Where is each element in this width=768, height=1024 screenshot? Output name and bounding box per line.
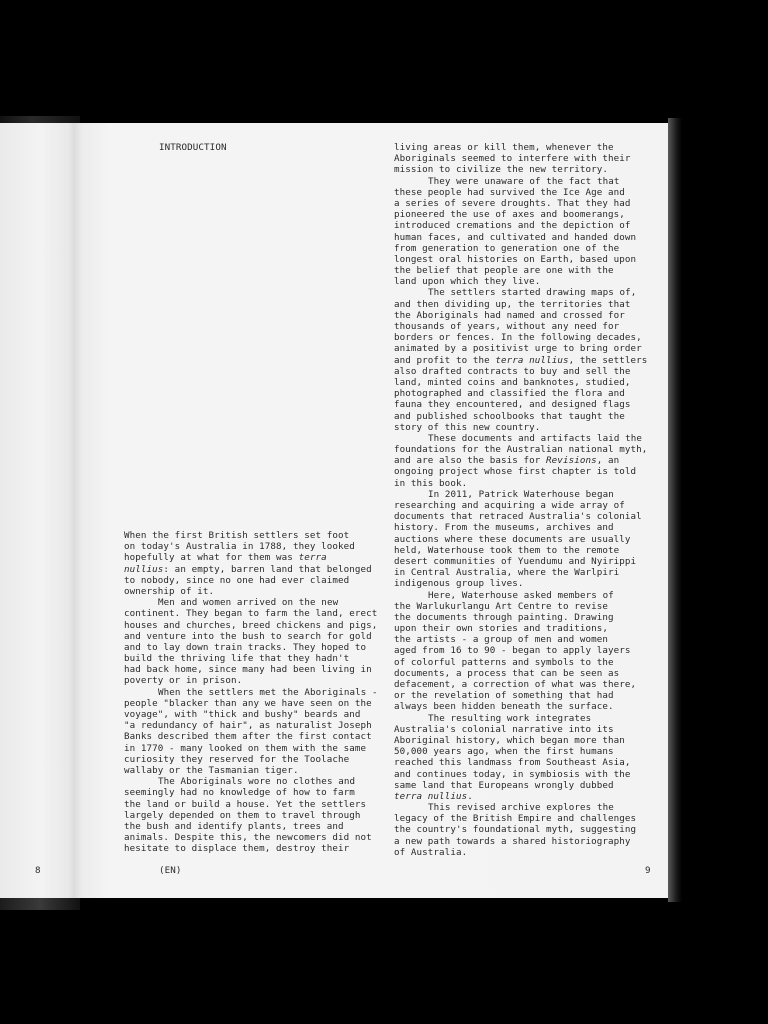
text-line: the country's foundational myth, suggest… (394, 824, 647, 835)
text-line: always been hidden beneath the surface. (394, 701, 647, 712)
text-line: the Warlukurlangu Art Centre to revise (394, 601, 647, 612)
text-line: voyage", with "thick and bushy" beards a… (124, 709, 378, 720)
text-line: curiosity they reserved for the Toolache (124, 754, 378, 765)
page-number-left: 8 (35, 865, 41, 876)
book-cover-edge-bottom (0, 898, 80, 910)
left-page-body-text: When the first British settlers set foot… (124, 530, 378, 854)
language-label: (EN) (159, 865, 182, 876)
text-line: and published schoolbooks that taught th… (394, 411, 647, 422)
text-line: and venture into the bush to search for … (124, 631, 378, 642)
text-line: Banks described them after the first con… (124, 731, 378, 742)
text-line: in 1770 - many looked on them with the s… (124, 743, 378, 754)
text-line: "a redundancy of hair", as naturalist Jo… (124, 720, 378, 731)
text-line: history. From the museums, archives and (394, 522, 647, 533)
text-line: mission to civilize the new territory. (394, 164, 647, 175)
text-line: and are also the basis for Revisions, an (394, 455, 647, 466)
text-line: fauna they encountered, and designed fla… (394, 399, 647, 410)
text-line: hesitate to displace them, destroy their (124, 843, 378, 854)
text-line: documents, a process that can be seen as (394, 668, 647, 679)
text-line: and to lay down train tracks. They hoped… (124, 642, 378, 653)
text-line: photographed and classified the flora an… (394, 388, 647, 399)
text-line: also drafted contracts to buy and sell t… (394, 366, 647, 377)
text-line: borders or fences. In the following deca… (394, 332, 647, 343)
text-line: largely depended on them to travel throu… (124, 810, 378, 821)
text-line: legacy of the British Empire and challen… (394, 813, 647, 824)
text-line: upon their own stories and traditions, (394, 623, 647, 634)
text-line: land upon which they live. (394, 276, 647, 287)
text-line: desert communities of Yuendumu and Nyiri… (394, 556, 647, 567)
text-line: The settlers started drawing maps of, (394, 287, 647, 298)
text-line: the belief that people are one with the (394, 265, 647, 276)
text-line: animated by a positivist urge to bring o… (394, 343, 647, 354)
text-line: a series of severe droughts. That they h… (394, 198, 647, 209)
text-line: continent. They began to farm the land, … (124, 608, 378, 619)
text-line: to nobody, since no one had ever claimed (124, 575, 378, 586)
page-number-right: 9 (645, 865, 651, 876)
text-line: Aboriginals seemed to interfere with the… (394, 153, 647, 164)
text-line: documents that retraced Australia's colo… (394, 511, 647, 522)
text-line: same land that Europeans wrongly dubbed (394, 780, 647, 791)
text-line: and then dividing up, the territories th… (394, 299, 647, 310)
text-line: or the revelation of something that had (394, 690, 647, 701)
text-line: This revised archive explores the (394, 802, 647, 813)
text-line: When the settlers met the Aboriginals - (124, 687, 378, 698)
text-line: Australia's colonial narrative into its (394, 724, 647, 735)
book-cover-edge-top (0, 116, 80, 123)
text-line: hopefully at what for them was terra (124, 552, 378, 563)
section-title: INTRODUCTION (159, 142, 227, 153)
text-line: reached this landmass from Southeast Asi… (394, 757, 647, 768)
text-line: When the first British settlers set foot (124, 530, 378, 541)
text-line: people "blacker than any we have seen on… (124, 698, 378, 709)
text-line: pioneered the use of axes and boomerangs… (394, 209, 647, 220)
text-line: aged from 16 to 90 - began to apply laye… (394, 645, 647, 656)
text-line: the Aboriginals had named and crossed fo… (394, 310, 647, 321)
text-line: longest oral histories on Earth, based u… (394, 254, 647, 265)
right-page-body-text: living areas or kill them, whenever theA… (394, 142, 647, 858)
text-line: indigenous group lives. (394, 578, 647, 589)
text-line: ongoing project whose first chapter is t… (394, 466, 647, 477)
text-line: human faces, and cultivated and handed d… (394, 232, 647, 243)
text-line: had back home, since many had been livin… (124, 664, 378, 675)
page-edge-shadow (668, 118, 682, 902)
text-line: these people had survived the Ice Age an… (394, 187, 647, 198)
text-line: and continues today, in symbiosis with t… (394, 769, 647, 780)
text-line: and profit to the terra nullius, the set… (394, 355, 647, 366)
text-line: animals. Despite this, the newcomers did… (124, 832, 378, 843)
text-line: in this book. (394, 478, 647, 489)
text-line: a new path towards a shared historiograp… (394, 836, 647, 847)
text-line: land, minted coins and banknotes, studie… (394, 377, 647, 388)
text-line: the land or build a house. Yet the settl… (124, 799, 378, 810)
text-line: of Australia. (394, 847, 647, 858)
text-line: wallaby or the Tasmanian tiger. (124, 765, 378, 776)
text-line: terra nullius. (394, 791, 647, 802)
text-line: 50,000 years ago, when the first humans (394, 746, 647, 757)
text-line: story of this new country. (394, 422, 647, 433)
text-line: held, Waterhouse took them to the remote (394, 545, 647, 556)
text-line: researching and acquiring a wide array o… (394, 500, 647, 511)
text-line: These documents and artifacts laid the (394, 433, 647, 444)
text-line: from generation to generation one of the (394, 243, 647, 254)
text-line: the bush and identify plants, trees and (124, 821, 378, 832)
text-line: auctions where these documents are usual… (394, 534, 647, 545)
text-line: poverty or in prison. (124, 675, 378, 686)
text-line: ownership of it. (124, 586, 378, 597)
text-line: The Aboriginals wore no clothes and (124, 776, 378, 787)
text-line: houses and churches, breed chickens and … (124, 620, 378, 631)
text-line: living areas or kill them, whenever the (394, 142, 647, 153)
text-line: Here, Waterhouse asked members of (394, 590, 647, 601)
text-line: introduced cremations and the depiction … (394, 220, 647, 231)
text-line: Men and women arrived on the new (124, 597, 378, 608)
text-line: Aboriginal history, which began more tha… (394, 735, 647, 746)
text-line: defacement, a correction of what was the… (394, 679, 647, 690)
text-line: the documents through painting. Drawing (394, 612, 647, 623)
text-line: thousands of years, without any need for (394, 321, 647, 332)
text-line: They were unaware of the fact that (394, 176, 647, 187)
text-line: on today's Australia in 1788, they looke… (124, 541, 378, 552)
text-line: seemingly had no knowledge of how to far… (124, 787, 378, 798)
text-line: In 2011, Patrick Waterhouse began (394, 489, 647, 500)
text-line: in Central Australia, where the Warlpiri (394, 567, 647, 578)
text-line: of colorful patterns and symbols to the (394, 657, 647, 668)
text-line: foundations for the Australian national … (394, 444, 647, 455)
text-line: nullius: an empty, barren land that belo… (124, 564, 378, 575)
text-line: build the thriving life that they hadn't (124, 653, 378, 664)
text-line: The resulting work integrates (394, 713, 647, 724)
text-line: the artists - a group of men and women (394, 634, 647, 645)
